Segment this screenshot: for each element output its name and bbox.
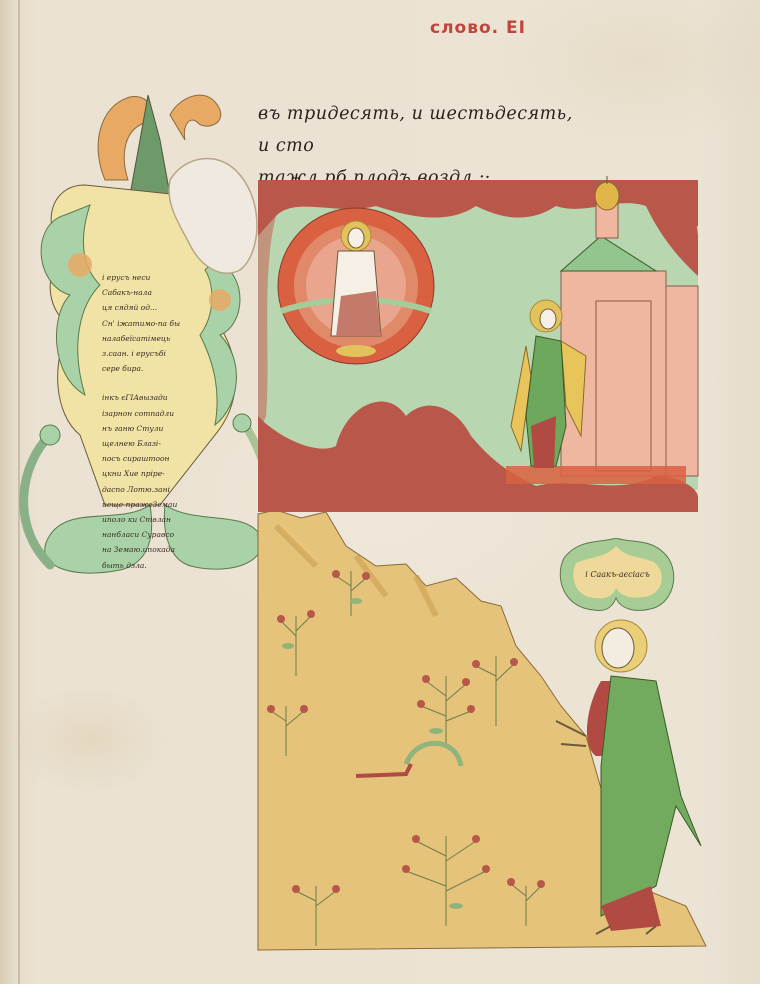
cartouche-line: иполо ки Ствлан: [102, 512, 222, 527]
cartouche-line: иеще пражеЗемаи: [102, 497, 222, 512]
cartouche-line: інкъ єГІАвызади: [102, 390, 222, 405]
cartouche-text: і ерусъ неси Сабакъ-нала ця сядяй од... …: [102, 270, 222, 573]
cartouche-line: ізарнон сотпадли: [102, 406, 222, 421]
cartouche-line: сере бира.: [102, 361, 222, 376]
cartouche-line: нанбласи Суравсо: [102, 527, 222, 542]
cartouche-line: быть дзла.: [102, 558, 222, 573]
cartouche-line: нъ ганю Стули: [102, 421, 222, 436]
heading-line-1: въ тридесять, и шестьдесять, и сто: [258, 98, 578, 162]
cartouche-line: з.саан. і ерусъбі: [102, 346, 222, 361]
cartouche-line: налабеїсатімець: [102, 331, 222, 346]
cartouche-line: Сабакъ-нала: [102, 285, 222, 300]
folio-number: ЕІ: [506, 18, 526, 38]
cartouche-line: щелнею Блазі-: [102, 436, 222, 451]
manuscript-page: слово. ЕІ въ тридесять, и шестьдесять, и…: [0, 0, 760, 984]
cartouche-line: на Земаю.ипокада: [102, 542, 222, 557]
folio-separator: .: [492, 18, 499, 38]
side-cartouche: і ерусъ неси Сабакъ-нала ця сядяй од... …: [10, 85, 280, 595]
cartouche-line: даспо Лотю.зані: [102, 482, 222, 497]
cartouche-line: цкни Хие пріре-: [102, 466, 222, 481]
miniature-christ-angel: [256, 176, 702, 512]
cartouche-line: Сн' іжатимо-па бы: [102, 316, 222, 331]
cartouche-line: посъ сираштоон: [102, 451, 222, 466]
folio-header: слово. ЕІ: [430, 18, 526, 38]
cartouche-line: ця сядяй од...: [102, 300, 222, 315]
folio-label: слово: [430, 18, 492, 38]
label-cartouche-text: і Саакъ-аєсіасъ: [570, 570, 665, 579]
cartouche-line: і ерусъ неси: [102, 270, 222, 285]
